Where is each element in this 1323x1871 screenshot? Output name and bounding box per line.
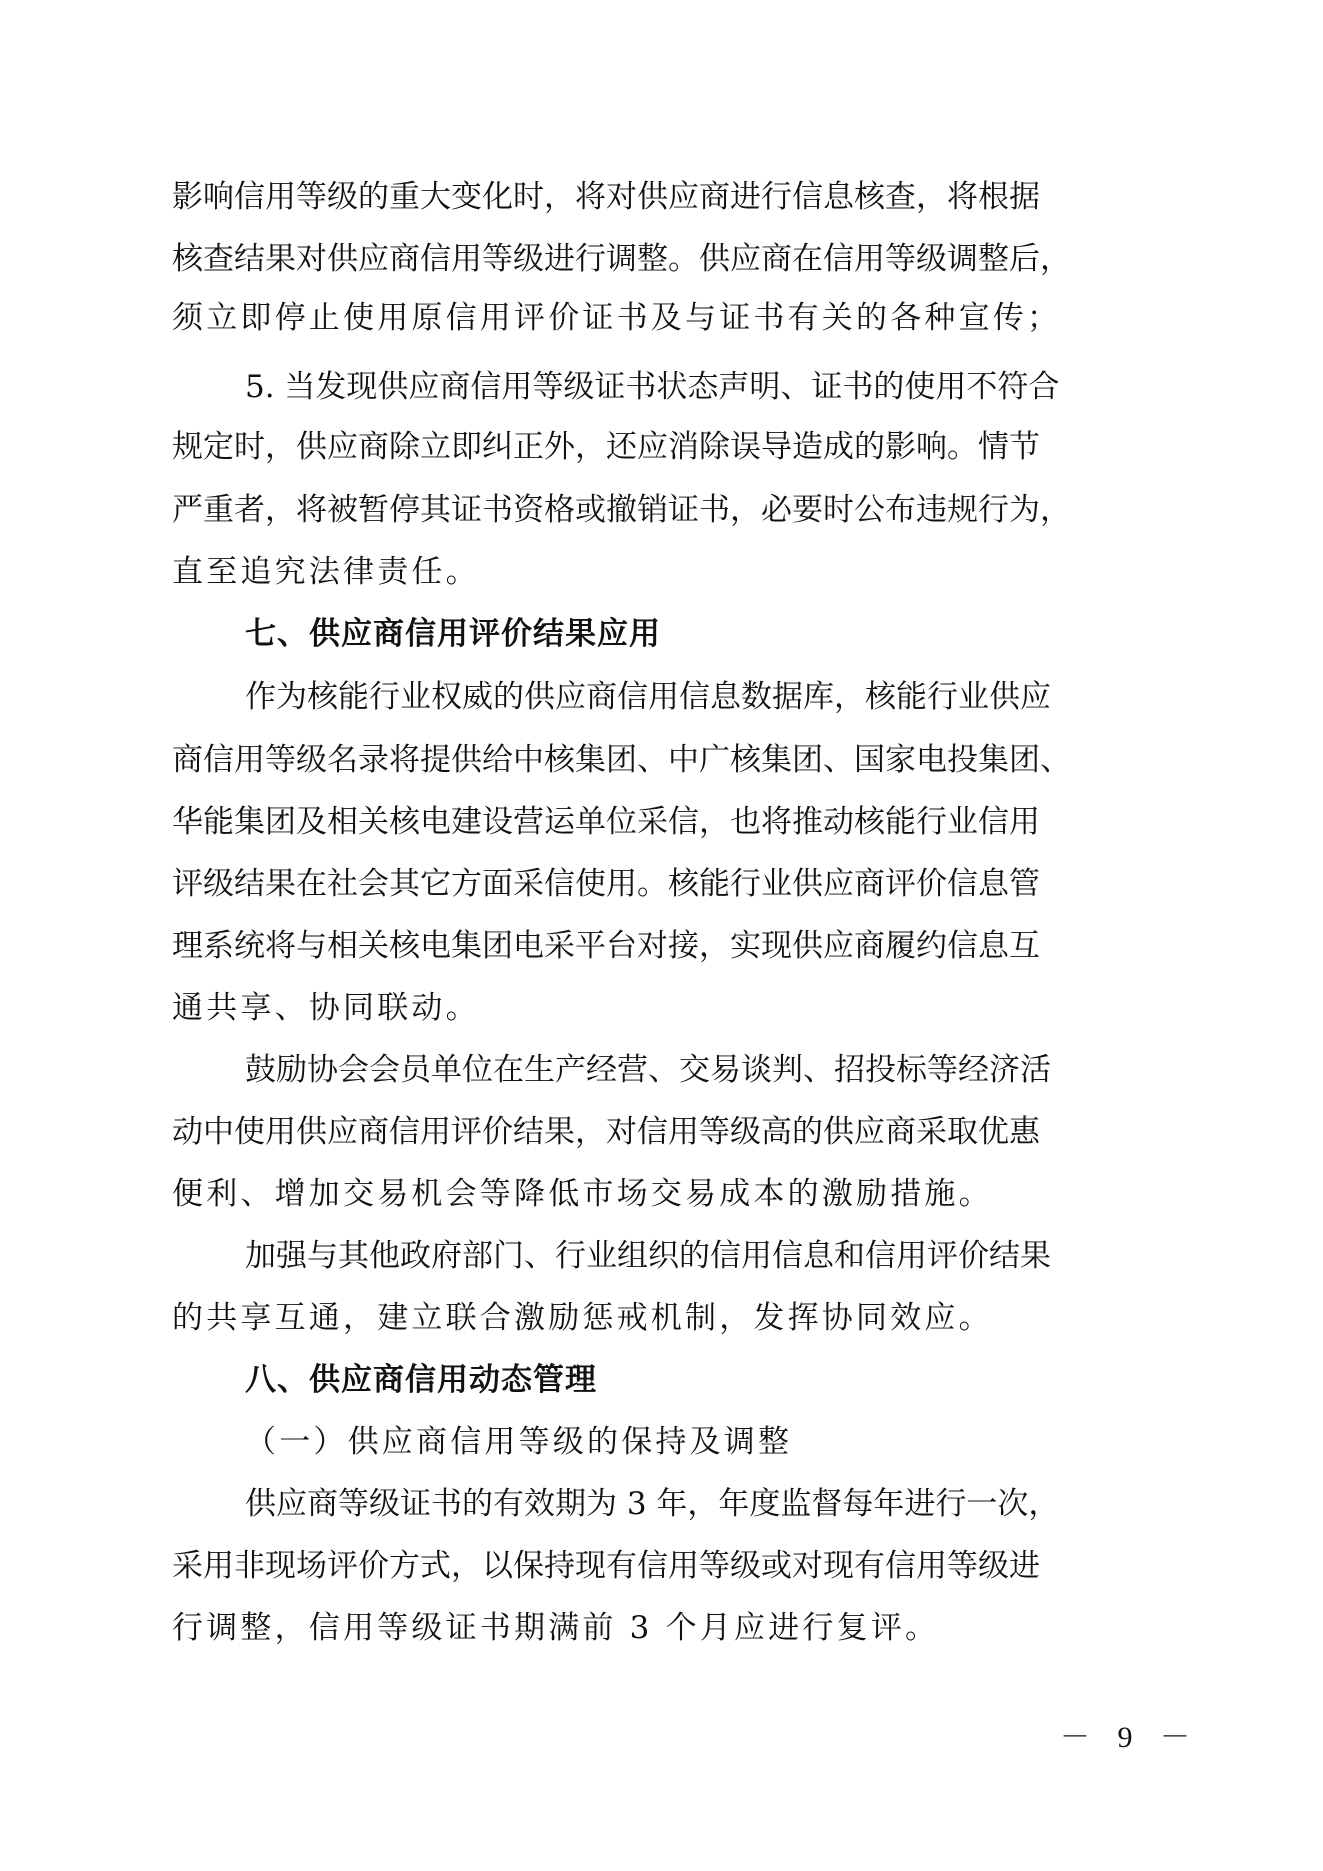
- paragraph-line: （一）供应商信用等级的保持及调整: [245, 1420, 1172, 1464]
- paragraph-line: 的共享互通，建立联合激励惩戒机制，发挥协同效应。: [172, 1296, 1172, 1340]
- paragraph-line: 通共享、协同联动。: [172, 986, 1172, 1030]
- paragraph-line: 理系统将与相关核电集团电采平台对接，实现供应商履约信息互: [172, 924, 1172, 968]
- paragraph-line: 影响信用等级的重大变化时，将对供应商进行信息核查，将根据: [172, 175, 1172, 219]
- paragraph-line: 直至追究法律责任。: [172, 550, 1172, 594]
- paragraph-line: 动中使用供应商信用评价结果，对信用等级高的供应商采取优惠: [172, 1110, 1172, 1154]
- document-page: 影响信用等级的重大变化时，将对供应商进行信息核查，将根据核查结果对供应商信用等级…: [0, 0, 1323, 1871]
- paragraph-line: 核查结果对供应商信用等级进行调整。供应商在信用等级调整后，: [172, 237, 1172, 281]
- paragraph-line: 行调整，信用等级证书期满前 3 个月应进行复评。: [172, 1606, 1172, 1650]
- paragraph-line: 供应商等级证书的有效期为 3 年，年度监督每年进行一次，: [245, 1482, 1172, 1526]
- paragraph-line: 评级结果在社会其它方面采信使用。核能行业供应商评价信息管: [172, 862, 1172, 906]
- paragraph-line: 商信用等级名录将提供给中核集团、中广核集团、国家电投集团、: [172, 738, 1172, 782]
- paragraph-line: 规定时，供应商除立即纠正外，还应消除误导造成的影响。情节: [172, 425, 1172, 469]
- paragraph-line: 便利、增加交易机会等降低市场交易成本的激励措施。: [172, 1172, 1172, 1216]
- paragraph-line: 加强与其他政府部门、行业组织的信用信息和信用评价结果: [245, 1234, 1172, 1278]
- paragraph-line: 鼓励协会会员单位在生产经营、交易谈判、招投标等经济活: [245, 1048, 1172, 1092]
- paragraph-line: 5. 当发现供应商信用等级证书状态声明、证书的使用不符合: [245, 365, 1172, 409]
- paragraph-line: 作为核能行业权威的供应商信用信息数据库，核能行业供应: [245, 675, 1172, 719]
- paragraph-line: 须立即停止使用原信用评价证书及与证书有关的各种宣传；: [172, 296, 1172, 340]
- paragraph-line: 华能集团及相关核电建设营运单位采信，也将推动核能行业信用: [172, 800, 1172, 844]
- page-number: － 9 －: [1060, 1712, 1200, 1756]
- paragraph-line: 严重者，将被暂停其证书资格或撤销证书，必要时公布违规行为，: [172, 488, 1172, 532]
- section-heading: 八、供应商信用动态管理: [245, 1358, 1172, 1402]
- paragraph-line: 采用非现场评价方式，以保持现有信用等级或对现有信用等级进: [172, 1544, 1172, 1588]
- section-heading: 七、供应商信用评价结果应用: [245, 612, 1172, 656]
